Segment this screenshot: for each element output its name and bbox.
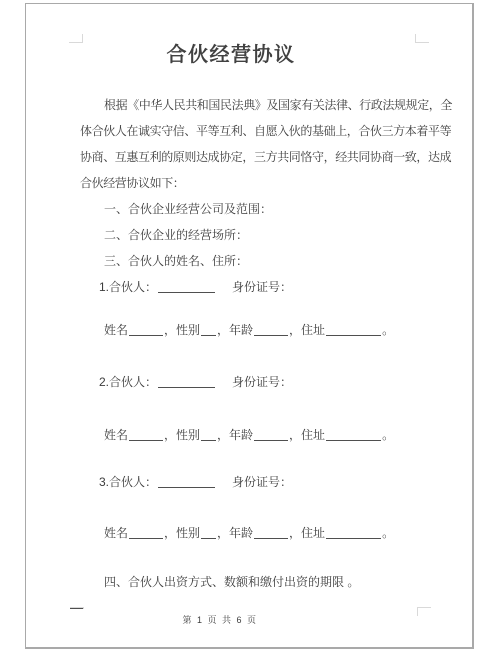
clause-one: 一、合伙企业经营公司及范围： [80,196,448,222]
blank-underline [201,335,216,336]
clause-two: 二、合伙企业的经营场所： [80,222,448,248]
blank-underline [201,538,216,539]
intro-line-1: 根据《中华人民共和国民法典》及国家有关法律、行政法规规定，全 [80,92,448,118]
name-label: 姓名 [104,323,128,337]
page-content: 合伙经营协议 根据《中华人民共和国民法典》及国家有关法律、行政法规规定，全 体合… [80,4,448,627]
sex-label: ，性别 [164,526,200,540]
intro-paragraph: 根据《中华人民共和国民法典》及国家有关法律、行政法规规定，全 体合伙人在诚实守信… [80,92,448,196]
sentence-end: 。 [382,323,394,337]
clause-four: 四、合伙人出资方式、数额和缴付出资的期限 。 [80,569,448,595]
blank-underline [326,440,381,441]
intro-line-3: 协商、互惠互利的原则达成协定，三方共同恪守，经共同协商一致，达成 [80,144,448,170]
blank-underline [201,440,216,441]
intro-line-2: 体合伙人在诚实守信、平等互利、自愿入伙的基础上，合伙三方本着平等 [80,118,448,144]
age-label: ，年龄 [217,428,253,442]
partner-2-label: 2.合伙人： [99,375,157,389]
partner-1-label: 1.合伙人： [99,280,157,294]
address-label: ，住址 [289,323,325,337]
clause-three: 三、合伙人的姓名、住所： [80,248,448,274]
partner-row-3: 3.合伙人：身份证号： [80,469,448,495]
address-label: ，住址 [289,526,325,540]
partner-detail-row-1: 姓名，性别，年龄，住址。 [80,317,448,343]
blank-underline [129,440,163,441]
partner-detail-row-2: 姓名，性别，年龄，住址。 [80,422,448,448]
blank-underline [158,292,215,293]
name-label: 姓名 [104,428,128,442]
blank-underline [254,335,288,336]
blank-underline [129,335,163,336]
blank-underline [129,538,163,539]
document-title: 合伙经营协议 [80,42,382,68]
page-number: 第 1 页 共 6 页 [80,613,360,627]
partner-1-id-label: 身份证号： [232,280,292,294]
partner-3-id-label: 身份证号： [232,475,292,489]
document-viewer: 合伙经营协议 根据《中华人民共和国民法典》及国家有关法律、行政法规规定，全 体合… [0,0,500,667]
blank-underline [326,538,381,539]
blank-underline [326,335,381,336]
partner-2-id-label: 身份证号： [232,375,292,389]
sentence-end: 。 [382,526,394,540]
name-label: 姓名 [104,526,128,540]
address-label: ，住址 [289,428,325,442]
age-label: ，年龄 [217,526,253,540]
partner-detail-row-3: 姓名，性别，年龄，住址。 [80,520,448,546]
blank-underline [158,487,215,488]
sentence-end: 。 [382,428,394,442]
partner-row-1: 1.合伙人：身份证号： [80,274,448,300]
blank-underline [254,538,288,539]
partner-3-label: 3.合伙人： [99,475,157,489]
intro-line-4: 合伙经营协议如下： [80,170,448,196]
document-page: 合伙经营协议 根据《中华人民共和国民法典》及国家有关法律、行政法规规定，全 体合… [25,3,474,649]
sex-label: ，性别 [164,323,200,337]
blank-underline [254,440,288,441]
sex-label: ，性别 [164,428,200,442]
age-label: ，年龄 [217,323,253,337]
partner-row-2: 2.合伙人：身份证号： [80,369,448,395]
blank-underline [158,387,215,388]
